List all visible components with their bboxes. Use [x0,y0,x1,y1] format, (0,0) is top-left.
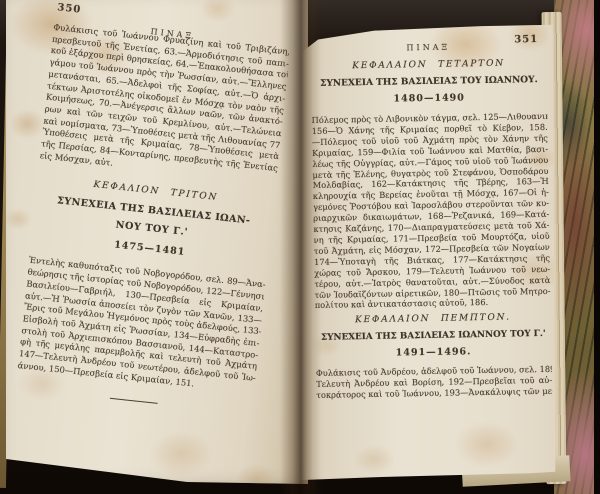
left-page: 350 ΠΙΝΑΞ Φυλάκισις τοῦ Ἰωάννου Φρυαζίνη… [6,0,308,494]
open-book-photo: 350 ΠΙΝΑΞ Φυλάκισις τοῦ Ἰωάννου Φρυαζίνη… [0,0,600,494]
right-page: ΠΙΝΑΞ 351 ΚΕΦΑΛΑΙΟΝ ΤΕΤΑΡΤΟΝ ΣΥΝΕΧΕΙΑ ΤΗ… [294,0,562,494]
chapter-5-index-paragraph: Φυλάκισις τοῦ Ἀνδρέου, ἀδελφοῦ τοῦ Ἰωάνν… [316,364,553,401]
right-page-text: ΠΙΝΑΞ 351 ΚΕΦΑΛΑΙΟΝ ΤΕΤΑΡΤΟΝ ΣΥΝΕΧΕΙΑ ΤΗ… [310,28,552,401]
chapter-4-kicker: ΚΕΦΑΛΑΙΟΝ ΤΕΤΑΡΤΟΝ [311,58,547,72]
chapter-4-years: 1480—1490 [311,91,547,106]
page-number-left: 350 [57,2,82,15]
chapter-3-index-paragraph: Ἐντελὴς καθυπόταξις τοῦ Νοβογορόδου, σελ… [17,255,266,396]
chapter-4-index-paragraph: Πόλεμος πρὸς τὸ Λιβονικὸν τάγμα, σελ. 12… [311,111,550,311]
index-paragraph-continued: Φυλάκισις τοῦ Ἰωάννου Φρυαζίνη καὶ τοῦ Τ… [39,22,290,187]
cover-outer-edge [594,0,600,494]
chapter-5-years: 1491—1496. [316,345,552,360]
chapter-4-title: ΣΥΝΕΧΕΙΑ ΤΗΣ ΒΑΣΙΛΕΙΑΣ ΤΟΥ ΙΩΑΝΝΟΥ. [311,75,547,89]
section-divider [110,398,158,404]
chapter-5-title: ΣΥΝΕΧΕΙΑ ΤΗΣ ΒΑΣΙΛΕΙΑΣ ΙΩΑΝΝΟΥ ΤΟΥ Γ.' [315,329,551,343]
left-page-text: 350 ΠΙΝΑΞ Φυλάκισις τοῦ Ἰωάννου Φρυαζίνη… [15,2,292,414]
right-page-header-row: ΠΙΝΑΞ 351 [310,28,546,56]
chapter-5-kicker: ΚΕΦΑΛΑΙΟΝ ΠΕΜΠΤΟΝ. [315,312,551,326]
running-header-right: ΠΙΝΑΞ [406,43,450,53]
page-number-right: 351 [514,34,538,45]
